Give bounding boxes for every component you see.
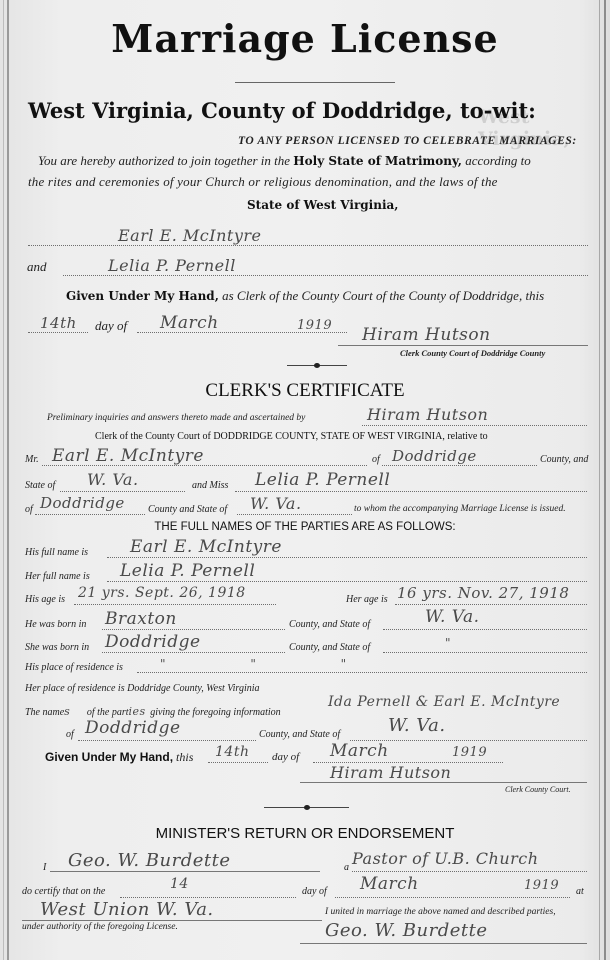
- his-residence-field: " " ": [160, 657, 347, 671]
- day-line: [28, 332, 88, 333]
- authority-label: under authority of the foregoing License…: [22, 922, 178, 932]
- his-residence-line: [137, 672, 587, 673]
- his-age-label: His age is: [25, 594, 65, 605]
- he-born-state-line: [383, 629, 587, 630]
- preliminary-by-field: Hiram Hutson: [367, 405, 488, 424]
- clerk-signature-line: [338, 345, 588, 346]
- given-under-label: Given Under My Hand,: [66, 289, 219, 303]
- informant-county-line: [78, 740, 256, 741]
- informant-label-ies: ies: [129, 705, 146, 718]
- her-age-field: 16 yrs. Nov. 27, 1918: [397, 584, 569, 602]
- license-year-field: 1919: [297, 318, 332, 333]
- authorization-line-3: State of West Virginia,: [247, 198, 398, 212]
- his-age-line: [74, 604, 276, 605]
- clerk-given-label: Given Under My Hand,: [45, 750, 173, 764]
- groom-name-line: [28, 245, 588, 246]
- clerk-of-line: Clerk of the County Court of DODDRIDGE C…: [95, 431, 488, 442]
- minister-i-label: I: [43, 862, 46, 873]
- groom-name-field: Earl E. McIntyre: [118, 226, 261, 245]
- clerk-month-field: March: [330, 741, 389, 761]
- clerk-day-field: 14th: [215, 744, 249, 760]
- clerk-day-of-label: day of: [272, 751, 299, 763]
- he-born-field: Braxton: [105, 609, 177, 629]
- clerk-given-line: Given Under My Hand, this: [45, 750, 193, 765]
- he-born-state-field: W. Va.: [425, 607, 480, 627]
- his-full-name-line: [107, 557, 587, 558]
- informant-label-a: The name: [25, 707, 64, 718]
- state-of-label: State of: [25, 480, 55, 491]
- license-title: Marriage License: [0, 16, 610, 61]
- authorization-line-2: the rites and ceremonies of your Church …: [28, 174, 498, 190]
- and-miss-label: and Miss: [192, 480, 228, 491]
- minister-at-label: at: [576, 886, 584, 897]
- county-and-state-label-2: County, and State of: [289, 642, 370, 653]
- she-born-state-field: ": [445, 636, 451, 650]
- informant-label: The names of the parties giving the fore…: [25, 705, 281, 718]
- her-full-name-field: Lelia P. Pernell: [120, 561, 255, 581]
- minister-name-line: [50, 871, 320, 872]
- authorization-text-c: according to: [465, 153, 531, 168]
- mr-state-field: W. Va.: [87, 470, 139, 489]
- her-residence-label: Her place of residence is Doddridge Coun…: [25, 683, 260, 694]
- minister-day-line: [120, 897, 296, 898]
- minister-day-field: 14: [170, 876, 189, 892]
- minister-day-of-label: day of: [302, 886, 327, 897]
- license-day-field: 14th: [40, 314, 77, 332]
- section-divider-1: [287, 365, 347, 366]
- clerk-certificate-signature: Hiram Hutson: [330, 763, 451, 782]
- bride-name-line: [63, 275, 588, 276]
- united-label: I united in marriage the above named and…: [325, 907, 556, 917]
- informant-label-s: s: [64, 705, 70, 718]
- her-age-label: Her age is: [346, 594, 388, 605]
- mr-name-field: Earl E. McIntyre: [52, 446, 204, 466]
- given-under-text: as Clerk of the County Court of the Coun…: [222, 288, 544, 303]
- miss-county-line: [35, 514, 145, 515]
- section-divider-2: [264, 807, 349, 808]
- minister-month-line: [335, 897, 570, 898]
- clerk-this-label: this: [176, 750, 193, 764]
- mr-of-label: of: [372, 454, 380, 465]
- clerk-day-line: [208, 762, 268, 763]
- miss-state-line: [237, 514, 352, 515]
- county-and-label: County, and: [540, 454, 588, 465]
- minister-place-line: [22, 920, 322, 921]
- she-born-label: She was born in: [25, 642, 89, 653]
- clerk-year-field: 1919: [452, 745, 487, 760]
- clerk-certificate-signature-line: [300, 782, 587, 783]
- addressee-line: TO ANY PERSON LICENSED TO CELEBRATE MARR…: [238, 135, 577, 147]
- mr-county-field: Doddridge: [392, 447, 477, 465]
- minister-year-field: 1919: [524, 878, 559, 893]
- bride-name-field: Lelia P. Pernell: [108, 256, 236, 275]
- clerk-signature: Hiram Hutson: [362, 325, 491, 345]
- he-born-line: [102, 629, 285, 630]
- miss-county-field: Doddridge: [40, 494, 125, 512]
- and-label: and: [27, 259, 47, 275]
- miss-of-label: of: [25, 504, 33, 515]
- minister-name-field: Geo. W. Burdette: [68, 850, 231, 871]
- holy-state-text: Holy State of Matrimony,: [293, 154, 462, 168]
- informant-label-b: of the part: [87, 707, 129, 718]
- clerk-certificate-caption: Clerk County Court.: [505, 785, 571, 794]
- informant-of-label: of: [66, 729, 74, 740]
- jurisdiction-heading: West Virginia, County of Doddridge, to-w…: [28, 98, 536, 123]
- minister-month-field: March: [360, 874, 419, 894]
- miss-state-field: W. Va.: [250, 494, 302, 513]
- mr-state-line: [60, 491, 185, 492]
- day-of-label: day of: [95, 318, 127, 334]
- to-whom-label: to whom the accompanying Marriage Licens…: [354, 504, 566, 514]
- his-full-name-field: Earl E. McIntyre: [130, 537, 282, 557]
- marriage-license-page: West Virginia, Marriage License West Vir…: [0, 0, 610, 960]
- his-age-field: 21 yrs. Sept. 26, 1918: [78, 585, 246, 601]
- preliminary-label: Preliminary inquiries and answers theret…: [47, 413, 305, 423]
- county-state-label: County and State of: [148, 504, 227, 515]
- her-age-line: [395, 604, 587, 605]
- given-under-line: Given Under My Hand, as Clerk of the Cou…: [66, 288, 544, 304]
- title-divider: [235, 82, 395, 83]
- county-and-state-label-1: County, and State of: [289, 619, 370, 630]
- page-border-left-outer: [3, 0, 4, 960]
- minister-a-label: a: [344, 862, 349, 873]
- clerk-caption: Clerk County Court of Doddridge County: [400, 348, 545, 358]
- minister-title-field: Pastor of U.B. Church: [352, 849, 539, 868]
- clerk-certificate-heading: CLERK'S CERTIFICATE: [0, 380, 610, 402]
- mr-label: Mr.: [25, 454, 39, 465]
- she-born-line: [102, 652, 285, 653]
- certify-label: do certify that on the: [22, 886, 105, 897]
- his-residence-label: His place of residence is: [25, 662, 123, 673]
- minister-title-line: [352, 871, 587, 872]
- minister-signature-line: [300, 943, 587, 944]
- informant-county-label: County, and State of: [259, 729, 340, 740]
- authorization-text-a: You are hereby authorized to join togeth…: [38, 153, 290, 168]
- informant-label-c: giving the foregoing information: [150, 707, 280, 718]
- miss-name-line: [235, 491, 587, 492]
- her-full-name-label: Her full name is: [25, 571, 90, 582]
- informant-county-field: Doddridge: [85, 718, 181, 738]
- parties-heading: THE FULL NAMES OF THE PARTIES ARE AS FOL…: [0, 521, 610, 533]
- page-border-left: [7, 0, 9, 960]
- she-born-field: Doddridge: [105, 632, 201, 652]
- minister-place-field: West Union W. Va.: [40, 899, 214, 920]
- informants-field: Ida Pernell & Earl E. McIntyre: [328, 694, 560, 710]
- she-born-state-line: [383, 652, 587, 653]
- minister-signature: Geo. W. Burdette: [325, 920, 488, 941]
- authorization-line-1: You are hereby authorized to join togeth…: [38, 153, 531, 169]
- informant-state-field: W. Va.: [388, 715, 446, 736]
- license-month-field: March: [160, 313, 219, 333]
- his-full-name-label: His full name is: [25, 547, 88, 558]
- preliminary-by-line: [362, 425, 587, 426]
- her-full-name-line: [107, 581, 587, 582]
- he-born-label: He was born in: [25, 619, 86, 630]
- mr-county-line: [382, 465, 537, 466]
- miss-name-field: Lelia P. Pernell: [255, 470, 390, 490]
- minister-return-heading: MINISTER'S RETURN OR ENDORSEMENT: [0, 825, 610, 842]
